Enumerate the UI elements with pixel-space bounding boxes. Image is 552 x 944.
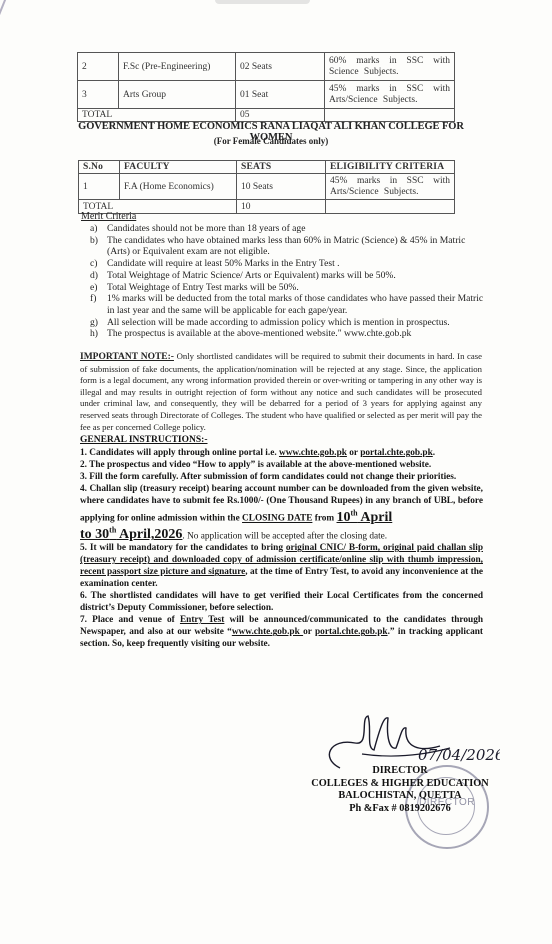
important-note: IMPORTANT NOTE:- Only shortlisted candid… xyxy=(80,351,482,433)
website-link[interactable]: www.chte.gob.pk xyxy=(232,627,303,637)
item-marker: e) xyxy=(90,282,97,294)
item-marker: d) xyxy=(90,270,98,282)
instruction-3: 3. Fill the form carefully. After submis… xyxy=(80,471,483,483)
text: 7. Place and venue of xyxy=(80,615,180,625)
list-item: h)The prospectus is available at the abo… xyxy=(90,328,488,340)
item-marker: b) xyxy=(90,235,98,247)
eligibility-criteria: 60% marks in SSC with Science Subjects. xyxy=(325,53,455,81)
seats-table-continued: 2 F.Sc (Pre-Engineering) 02 Seats 60% ma… xyxy=(77,52,455,122)
to-month-year: April,2026 xyxy=(116,527,182,542)
svg-text:07/04/2026: 07/04/2026 xyxy=(418,746,500,764)
item-marker: h) xyxy=(90,328,98,340)
closing-date-from: 10th April xyxy=(337,510,393,525)
instruction-5: 5. It will be mandatory for the candidat… xyxy=(80,542,483,590)
instruction-4: 4. Challan slip (treasury receipt) beari… xyxy=(80,483,483,542)
item-text: The candidates who have obtained marks l… xyxy=(107,235,465,258)
to-day: to 30 xyxy=(80,527,109,542)
header-sno: S.No xyxy=(79,161,120,174)
general-instructions-list: 1. Candidates will apply through online … xyxy=(80,447,483,650)
list-item: a)Candidates should not be more than 18 … xyxy=(90,223,488,235)
seats: 02 Seats xyxy=(236,53,325,81)
merit-criteria-list: a)Candidates should not be more than 18 … xyxy=(90,223,488,340)
item-text: Candidates should not be more than 18 ye… xyxy=(107,223,306,234)
list-item: b)The candidates who have obtained marks… xyxy=(90,235,488,258)
from-day: 10 xyxy=(337,510,351,525)
website-link[interactable]: www.chte.gob.pk xyxy=(279,448,347,458)
serial-number: 3 xyxy=(78,81,119,109)
header-seats: SEATS xyxy=(237,161,326,174)
signatory-department: COLLEGES & HIGHER EDUCATION xyxy=(300,778,500,791)
pen-mark xyxy=(0,0,10,297)
item-text: The prospectus is available at the above… xyxy=(107,328,411,339)
item-text: Candidate will require at least 50% Mark… xyxy=(107,258,340,269)
signatory-block: DIRECTOR COLLEGES & HIGHER EDUCATION BAL… xyxy=(300,765,500,815)
list-item: f)1% marks will be deducted from the tot… xyxy=(90,293,488,316)
text: 1. Candidates will apply through online … xyxy=(80,448,279,458)
item-text: Total Weightage of Matric Science/ Arts … xyxy=(107,270,396,281)
table-row: 1 F.A (Home Economics) 10 Seats 45% mark… xyxy=(79,174,455,200)
item-text: 1% marks will be deducted from the total… xyxy=(107,293,483,316)
paper-smudge xyxy=(215,0,310,4)
item-marker: f) xyxy=(90,293,96,305)
text: or xyxy=(347,448,360,458)
faculty: Arts Group xyxy=(119,81,236,109)
table-total-row: TOTAL 05 xyxy=(78,109,455,122)
list-item: c)Candidate will require at least 50% Ma… xyxy=(90,258,488,270)
empty-cell xyxy=(325,109,455,122)
text: . xyxy=(433,448,435,458)
signatory-contact: Ph &Fax # 0819202676 xyxy=(300,803,500,816)
important-note-text: Only shortlisted candidates will be requ… xyxy=(80,351,482,432)
text: from xyxy=(312,514,336,524)
signatory-title: DIRECTOR xyxy=(300,765,500,778)
faculty: F.Sc (Pre-Engineering) xyxy=(119,53,236,81)
signatory-location: BALOCHISTAN, QUETTA xyxy=(300,790,500,803)
entry-test: Entry Test xyxy=(180,615,224,625)
header-faculty: FACULTY xyxy=(120,161,237,174)
table-row: 2 F.Sc (Pre-Engineering) 02 Seats 60% ma… xyxy=(78,53,455,81)
item-marker: g) xyxy=(90,317,98,329)
serial-number: 2 xyxy=(78,53,119,81)
general-instructions-heading: GENERAL INSTRUCTIONS:- xyxy=(80,435,208,445)
item-marker: c) xyxy=(90,258,97,270)
text: . No application will be accepted after … xyxy=(182,531,387,541)
serial-number: 1 xyxy=(79,174,120,200)
item-text: All selection will be made according to … xyxy=(107,317,450,328)
item-text: Total Weightage of Entry Test marks will… xyxy=(107,282,299,293)
instruction-7: 7. Place and venue of Entry Test will be… xyxy=(80,614,483,650)
instruction-1: 1. Candidates will apply through online … xyxy=(80,447,483,459)
from-month: April xyxy=(358,510,393,525)
text: 5. It will be mandatory for the candidat… xyxy=(80,543,286,553)
portal-link[interactable]: portal.chte.gob.pk xyxy=(360,448,433,458)
from-suffix: th xyxy=(351,508,358,517)
portal-link[interactable]: portal.chte.gob.pk xyxy=(315,627,388,637)
instruction-2: 2. The prospectus and video “How to appl… xyxy=(80,459,483,471)
instruction-6: 6. The shortlisted candidates will have … xyxy=(80,590,483,614)
seats-table-home-economics: S.No FACULTY SEATS ELIGIBILITY CRITERIA … xyxy=(78,160,455,214)
table-header-row: S.No FACULTY SEATS ELIGIBILITY CRITERIA xyxy=(79,161,455,174)
merit-criteria-heading: Merit Criteria xyxy=(81,211,136,222)
eligibility-criteria: 45% marks in SSC with Arts/Science Subje… xyxy=(325,81,455,109)
seats: 01 Seat xyxy=(236,81,325,109)
closing-date-to: to 30th April,2026 xyxy=(80,527,182,542)
list-item: e)Total Weightage of Entry Test marks wi… xyxy=(90,282,488,294)
table-row: 3 Arts Group 01 Seat 45% marks in SSC wi… xyxy=(78,81,455,109)
faculty: F.A (Home Economics) xyxy=(120,174,237,200)
text: or xyxy=(303,627,315,637)
item-marker: a) xyxy=(90,223,97,235)
total-label: TOTAL xyxy=(78,109,236,122)
closing-date-label: CLOSING DATE xyxy=(242,514,312,524)
list-item: d)Total Weightage of Matric Science/ Art… xyxy=(90,270,488,282)
eligibility-criteria: 45% marks in SSC with Arts/Science Subje… xyxy=(326,174,455,200)
total-value: 05 xyxy=(236,109,325,122)
header-criteria: ELIGIBILITY CRITERIA xyxy=(326,161,455,174)
empty-cell xyxy=(326,200,455,214)
seats: 10 Seats xyxy=(237,174,326,200)
list-item: g)All selection will be made according t… xyxy=(90,317,488,329)
college-subtitle: (For Female Candidates only) xyxy=(66,136,476,146)
important-note-label: IMPORTANT NOTE:- xyxy=(80,352,174,362)
total-value: 10 xyxy=(237,200,326,214)
